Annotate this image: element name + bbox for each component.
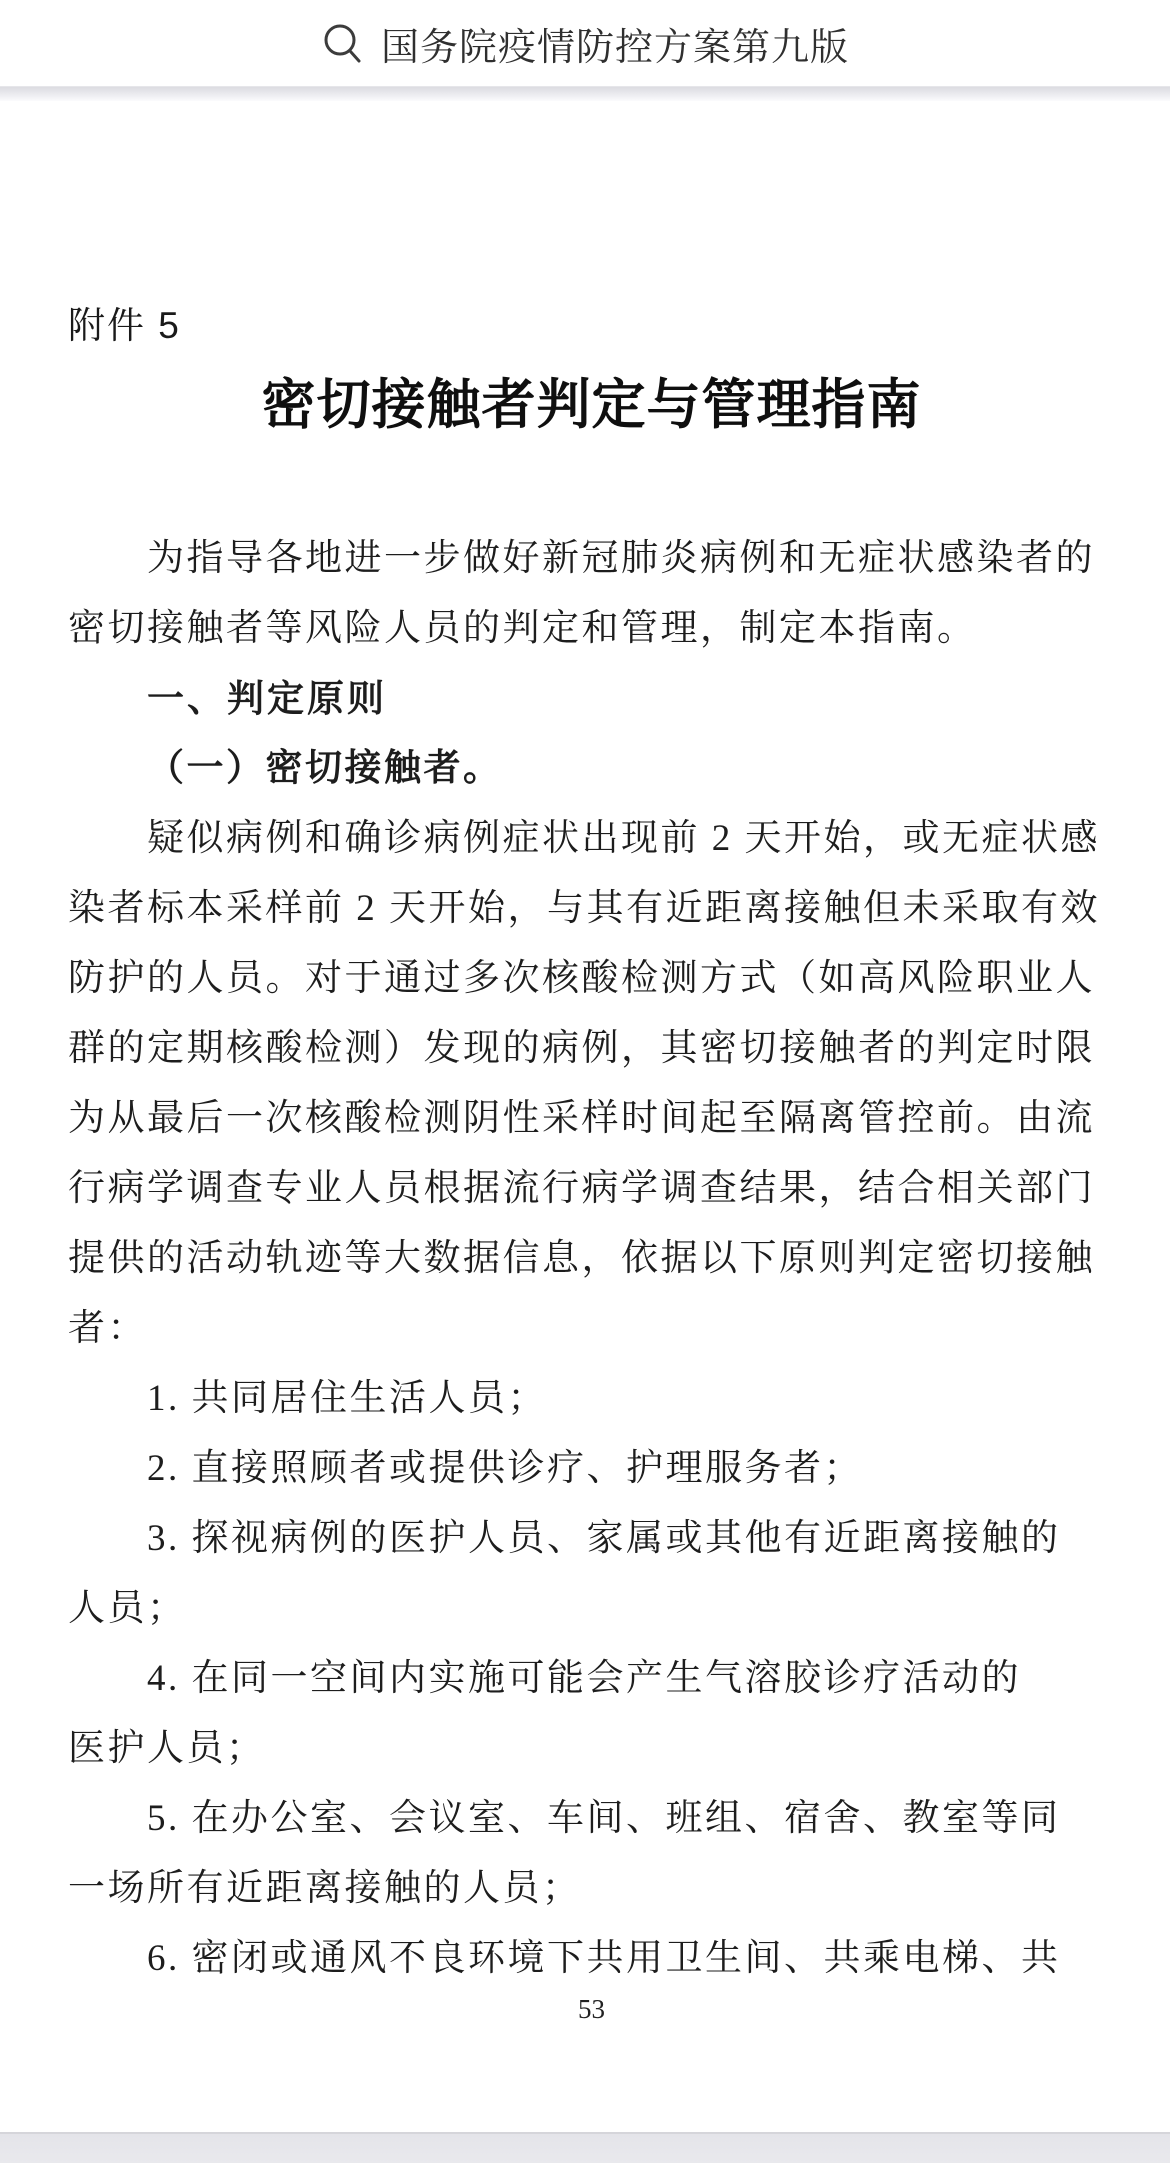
search-header[interactable]: 国务院疫情防控方案第九版 [0,0,1170,86]
doc-text-line: 医护人员； [68,1714,1115,1784]
doc-text-line: 5. 在办公室、会议室、车间、班组、宿舍、教室等同 [68,1784,1115,1854]
doc-text-line: 提供的活动轨迹等大数据信息，依据以下原则判定密切接触 [68,1224,1115,1294]
doc-text-line: 一场所有近距离接触的人员； [68,1854,1115,1924]
doc-text-line: 密切接触者等风险人员的判定和管理，制定本指南。 [68,594,1115,664]
doc-text-line: 4. 在同一空间内实施可能会产生气溶胶诊疗活动的 [68,1644,1115,1714]
document-page: 附件 5 密切接触者判定与管理指南 为指导各地进一步做好新冠肺炎病例和无症状感染… [0,301,1170,2024]
doc-text-line: 行病学调查专业人员根据流行病学调查结果，结合相关部门 [68,1154,1115,1224]
doc-text-line: 6. 密闭或通风不良环境下共用卫生间、共乘电梯、共 [68,1924,1115,1994]
attachment-label: 附件 5 [68,301,1115,351]
doc-heading1-line: 一、判定原则 [68,664,1115,734]
search-icon [321,21,365,65]
doc-text-line: 2. 直接照顾者或提供诊疗、护理服务者； [68,1434,1115,1504]
page-number: 53 [68,1994,1115,2024]
document-body: 为指导各地进一步做好新冠肺炎病例和无症状感染者的密切接触者等风险人员的判定和管理… [68,524,1115,1994]
app-screen: 国务院疫情防控方案第九版 附件 5 密切接触者判定与管理指南 为指导各地进一步做… [0,0,1170,2163]
doc-text-line: 人员； [68,1574,1115,1644]
header-divider [0,86,1170,101]
doc-text-line: 3. 探视病例的医护人员、家属或其他有近距离接触的 [68,1504,1115,1574]
bottom-bar [0,2132,1170,2163]
doc-text-line: 为从最后一次核酸检测阴性采样时间起至隔离管控前。由流 [68,1084,1115,1154]
doc-text-line: 防护的人员。对于通过多次核酸检测方式（如高风险职业人 [68,944,1115,1014]
search-query-text[interactable]: 国务院疫情防控方案第九版 [381,16,849,71]
doc-text-line: 疑似病例和确诊病例症状出现前 2 天开始，或无症状感 [68,804,1115,874]
doc-text-line: 者： [68,1294,1115,1364]
document-title: 密切接触者判定与管理指南 [68,371,1115,439]
doc-text-line: 染者标本采样前 2 天开始，与其有近距离接触但未采取有效 [68,874,1115,944]
doc-text-line: 群的定期核酸检测）发现的病例，其密切接触者的判定时限 [68,1014,1115,1084]
doc-text-line: 1. 共同居住生活人员； [68,1364,1115,1434]
doc-text-line: 为指导各地进一步做好新冠肺炎病例和无症状感染者的 [68,524,1115,594]
doc-heading2-line: （一）密切接触者。 [68,734,1115,804]
